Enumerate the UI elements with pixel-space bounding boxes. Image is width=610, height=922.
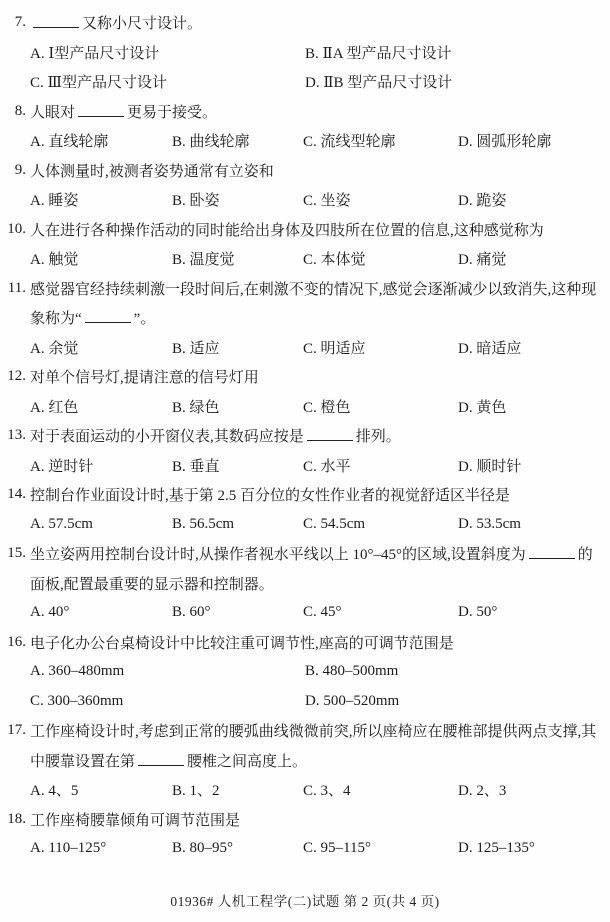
option-letter: B.	[172, 516, 186, 532]
stem-segment: 又称小尺寸设计。	[82, 16, 202, 32]
option-C: C. 54.5cm	[303, 516, 458, 533]
option-text: 1、2	[190, 783, 220, 799]
answer-blank	[529, 544, 575, 560]
option-B: B. 1、2	[172, 779, 303, 800]
question-number: 12.	[0, 368, 30, 385]
question-number: 17.	[0, 722, 30, 739]
option-text: ⅡA 型产品尺寸设计	[323, 46, 452, 62]
answer-blank	[78, 101, 124, 117]
question-number: 7.	[0, 14, 30, 31]
option-letter: D.	[458, 516, 473, 532]
option-letter: A.	[30, 400, 45, 416]
question-18: 18.工作座椅腰靠倾角可调节范围是A. 110–125°B. 80–95°C. …	[0, 805, 610, 864]
stem-segment: 排列。	[356, 429, 401, 445]
option-C: C. 本体觉	[303, 248, 458, 269]
question-stem-line: 18.工作座椅腰靠倾角可调节范围是	[0, 805, 610, 835]
question-stem-text: 中腰靠设置在第腰椎之间高度上。	[30, 750, 307, 771]
question-number: 15.	[0, 545, 30, 562]
option-letter: A.	[30, 46, 45, 62]
answer-blank	[33, 13, 79, 29]
option-C: C. 300–360mm	[30, 693, 305, 710]
question-number: 11.	[0, 280, 30, 297]
option-A: A. 余觉	[30, 337, 172, 358]
question-number: 16.	[0, 634, 30, 651]
option-letter: A.	[30, 604, 45, 620]
options-row: C. Ⅲ型产品尺寸设计D. ⅡB 型产品尺寸设计	[0, 67, 610, 97]
option-text: 80–95°	[190, 840, 234, 856]
option-text: 红色	[48, 400, 78, 416]
question-stem-text: 人体测量时,被测者姿势通常有立姿和	[30, 160, 274, 181]
option-B: B. 曲线轮廓	[172, 130, 303, 151]
option-text: 4、5	[48, 783, 78, 799]
option-B: B. 温度觉	[172, 248, 303, 269]
option-letter: D.	[458, 252, 473, 268]
option-letter: B.	[305, 663, 319, 679]
options-row: A. 110–125°B. 80–95°C. 95–115°D. 125–135…	[0, 834, 610, 864]
option-A: A. 110–125°	[30, 840, 172, 857]
question-stem-text: 工作座椅设计时,考虑到正常的腰弧曲线微微前突,所以座椅应在腰椎部提供两点支撑,其	[30, 720, 596, 741]
question-12: 12.对单个信号灯,提请注意的信号灯用A. 红色B. 绿色C. 橙色D. 黄色	[0, 362, 610, 421]
page-footer: 01936# 人机工程学(二)试题 第 2 页(共 4 页)	[0, 890, 610, 910]
answer-blank	[307, 426, 353, 442]
option-letter: B.	[172, 341, 186, 357]
option-text: 温度觉	[190, 252, 235, 268]
question-number: 18.	[0, 811, 30, 828]
question-stem-line: 中腰靠设置在第腰椎之间高度上。	[0, 746, 610, 776]
question-8: 8.人眼对更易于接受。A. 直线轮廓B. 曲线轮廓C. 流线型轮廓D. 圆弧形轮…	[0, 97, 610, 156]
question-stem-line: 象称为“”。	[0, 303, 610, 333]
option-text: 125–135°	[476, 840, 535, 856]
option-letter: A.	[30, 193, 45, 209]
option-text: 45°	[321, 604, 342, 620]
option-C: C. 橙色	[303, 396, 458, 417]
option-text: 顺时针	[476, 459, 521, 475]
stem-segment: 的	[578, 547, 593, 563]
options-row: A. 40°B. 60°C. 45°D. 50°	[0, 598, 610, 628]
question-9: 9.人体测量时,被测者姿势通常有立姿和A. 睡姿B. 卧姿C. 坐姿D. 跪姿	[0, 156, 610, 215]
option-text: 57.5cm	[48, 516, 93, 532]
options-row: A. 直线轮廓B. 曲线轮廓C. 流线型轮廓D. 圆弧形轮廓	[0, 126, 610, 156]
question-number: 9.	[0, 162, 30, 179]
option-B: B. 60°	[172, 604, 303, 621]
option-letter: B.	[172, 459, 186, 475]
option-B: B. 56.5cm	[172, 516, 303, 533]
option-text: 2、3	[476, 783, 506, 799]
option-text: ⅡB 型产品尺寸设计	[323, 75, 452, 91]
option-letter: B.	[172, 252, 186, 268]
option-A: A. 逆时针	[30, 455, 172, 476]
option-text: 300–360mm	[48, 693, 124, 709]
option-letter: C.	[303, 400, 317, 416]
option-C: C. 3、4	[303, 779, 458, 800]
option-D: D. 痛觉	[458, 248, 610, 269]
option-letter: A.	[30, 516, 45, 532]
option-letter: B.	[172, 783, 186, 799]
option-C: C. 95–115°	[303, 840, 458, 857]
question-stem-text: 对单个信号灯,提请注意的信号灯用	[30, 366, 259, 387]
question-stem-text: 工作座椅腰靠倾角可调节范围是	[30, 809, 240, 830]
option-letter: A.	[30, 252, 45, 268]
option-B: B. 绿色	[172, 396, 303, 417]
question-number: 14.	[0, 486, 30, 503]
option-text: 睡姿	[48, 193, 78, 209]
option-letter: D.	[305, 693, 320, 709]
option-letter: B.	[172, 134, 186, 150]
question-10: 10.人在进行各种操作活动的同时能给出身体及四肢所在位置的信息,这种感觉称为A.…	[0, 215, 610, 274]
question-stem-text: 坐立姿两用控制台设计时,从操作者视水平线以上 10°–45°的区域,设置斜度为的	[30, 543, 593, 564]
answer-blank	[138, 750, 184, 766]
question-stem-text: 感觉器官经持续刺激一段时间后,在刺激不变的情况下,感觉会逐渐减少以致消失,这种现	[30, 278, 596, 299]
option-text: 本体觉	[321, 252, 366, 268]
option-B: B. 80–95°	[172, 840, 303, 857]
option-D: D. 500–520mm	[305, 693, 580, 710]
stem-segment: 人眼对	[30, 105, 75, 121]
options-row: A. 睡姿B. 卧姿C. 坐姿D. 跪姿	[0, 185, 610, 215]
question-number: 13.	[0, 427, 30, 444]
option-text: 50°	[476, 604, 497, 620]
option-B: B. 480–500mm	[305, 663, 580, 680]
option-letter: D.	[458, 459, 473, 475]
options-row: A. 57.5cmB. 56.5cmC. 54.5cmD. 53.5cm	[0, 510, 610, 540]
question-15: 15.坐立姿两用控制台设计时,从操作者视水平线以上 10°–45°的区域,设置斜…	[0, 539, 610, 628]
option-letter: C.	[303, 604, 317, 620]
option-text: 痛觉	[476, 252, 506, 268]
question-stem-line: 13.对于表面运动的小开窗仪表,其数码应按是排列。	[0, 421, 610, 451]
option-letter: C.	[30, 75, 44, 91]
options-row: A. 360–480mmB. 480–500mm	[0, 657, 610, 687]
question-stem-text: 对于表面运动的小开窗仪表,其数码应按是排列。	[30, 425, 401, 446]
question-stem-text: 电子化办公台桌椅设计中比较注重可调节性,座高的可调节范围是	[30, 632, 454, 653]
option-letter: B.	[172, 400, 186, 416]
option-D: D. 圆弧形轮廓	[458, 130, 610, 151]
option-letter: A.	[30, 459, 45, 475]
option-letter: A.	[30, 840, 45, 856]
option-text: 95–115°	[321, 840, 371, 856]
option-text: 跪姿	[476, 193, 506, 209]
question-stem-line: 15.坐立姿两用控制台设计时,从操作者视水平线以上 10°–45°的区域,设置斜…	[0, 539, 610, 569]
option-text: 54.5cm	[321, 516, 366, 532]
question-stem-text: 控制台作业面设计时,基于第 2.5 百分位的女性作业者的视觉舒适区半径是	[30, 484, 510, 505]
option-letter: C.	[303, 783, 317, 799]
question-number: 10.	[0, 221, 30, 238]
question-16: 16.电子化办公台桌椅设计中比较注重可调节性,座高的可调节范围是A. 360–4…	[0, 628, 610, 717]
option-text: 适应	[190, 341, 220, 357]
option-text: 500–520mm	[323, 693, 399, 709]
question-stem-line: 面板,配置最重要的显示器和控制器。	[0, 569, 610, 599]
option-letter: A.	[30, 134, 45, 150]
option-A: A. 4、5	[30, 779, 172, 800]
option-D: D. 2、3	[458, 779, 610, 800]
option-text: 垂直	[190, 459, 220, 475]
question-stem-line: 7.又称小尺寸设计。	[0, 8, 610, 38]
option-text: 暗适应	[476, 341, 521, 357]
option-letter: B.	[305, 46, 319, 62]
option-B: B. 卧姿	[172, 189, 303, 210]
option-letter: D.	[458, 604, 473, 620]
stem-segment: 对于表面运动的小开窗仪表,其数码应按是	[30, 429, 304, 445]
option-text: 坐姿	[321, 193, 351, 209]
option-text: 60°	[190, 604, 211, 620]
option-letter: C.	[303, 459, 317, 475]
stem-segment: 坐立姿两用控制台设计时,从操作者视水平线以上 10°–45°的区域,设置斜度为	[30, 547, 526, 563]
option-B: B. ⅡA 型产品尺寸设计	[305, 42, 580, 63]
option-letter: C.	[303, 252, 317, 268]
option-C: C. 坐姿	[303, 189, 458, 210]
option-letter: D.	[458, 341, 473, 357]
options-row: A. Ⅰ型产品尺寸设计B. ⅡA 型产品尺寸设计	[0, 38, 610, 68]
option-text: 黄色	[476, 400, 506, 416]
option-letter: A.	[30, 783, 45, 799]
option-D: D. 125–135°	[458, 840, 610, 857]
option-text: 曲线轮廓	[190, 134, 250, 150]
option-A: A. Ⅰ型产品尺寸设计	[30, 42, 305, 63]
question-stem-line: 9.人体测量时,被测者姿势通常有立姿和	[0, 156, 610, 186]
question-stem-line: 16.电子化办公台桌椅设计中比较注重可调节性,座高的可调节范围是	[0, 628, 610, 658]
question-stem-text: 人眼对更易于接受。	[30, 101, 217, 122]
option-D: D. ⅡB 型产品尺寸设计	[305, 71, 580, 92]
question-17: 17.工作座椅设计时,考虑到正常的腰弧曲线微微前突,所以座椅应在腰椎部提供两点支…	[0, 716, 610, 805]
option-B: B. 适应	[172, 337, 303, 358]
option-letter: C.	[303, 341, 317, 357]
option-text: 卧姿	[190, 193, 220, 209]
option-letter: C.	[303, 134, 317, 150]
question-stem-text: 人在进行各种操作活动的同时能给出身体及四肢所在位置的信息,这种感觉称为	[30, 219, 544, 240]
option-letter: B.	[172, 193, 186, 209]
stem-segment: 中腰靠设置在第	[30, 754, 135, 770]
question-number: 8.	[0, 103, 30, 120]
option-text: 56.5cm	[190, 516, 235, 532]
option-text: 53.5cm	[476, 516, 521, 532]
option-text: 360–480mm	[48, 663, 124, 679]
option-C: C. Ⅲ型产品尺寸设计	[30, 71, 305, 92]
option-text: 流线型轮廓	[321, 134, 396, 150]
option-letter: A.	[30, 341, 45, 357]
option-letter: D.	[458, 134, 473, 150]
question-stem-line: 17.工作座椅设计时,考虑到正常的腰弧曲线微微前突,所以座椅应在腰椎部提供两点支…	[0, 716, 610, 746]
option-A: A. 40°	[30, 604, 172, 621]
option-text: 水平	[321, 459, 351, 475]
question-list: 7.又称小尺寸设计。A. Ⅰ型产品尺寸设计B. ⅡA 型产品尺寸设计C. Ⅲ型产…	[0, 8, 610, 864]
option-text: 40°	[48, 604, 69, 620]
option-A: A. 触觉	[30, 248, 172, 269]
option-text: 110–125°	[48, 840, 106, 856]
option-text: 直线轮廓	[48, 134, 108, 150]
question-7: 7.又称小尺寸设计。A. Ⅰ型产品尺寸设计B. ⅡA 型产品尺寸设计C. Ⅲ型产…	[0, 8, 610, 97]
question-stem-line: 14.控制台作业面设计时,基于第 2.5 百分位的女性作业者的视觉舒适区半径是	[0, 480, 610, 510]
option-text: 3、4	[321, 783, 351, 799]
option-text: Ⅰ型产品尺寸设计	[48, 46, 159, 62]
option-letter: C.	[303, 840, 317, 856]
option-D: D. 50°	[458, 604, 610, 621]
option-C: C. 明适应	[303, 337, 458, 358]
question-stem-line: 11.感觉器官经持续刺激一段时间后,在刺激不变的情况下,感觉会逐渐减少以致消失,…	[0, 274, 610, 304]
question-stem-text: 象称为“”。	[30, 307, 155, 328]
question-13: 13.对于表面运动的小开窗仪表,其数码应按是排列。A. 逆时针B. 垂直C. 水…	[0, 421, 610, 480]
question-stem-line: 8.人眼对更易于接受。	[0, 97, 610, 127]
option-D: D. 黄色	[458, 396, 610, 417]
option-letter: A.	[30, 663, 45, 679]
question-stem-line: 10.人在进行各种操作活动的同时能给出身体及四肢所在位置的信息,这种感觉称为	[0, 215, 610, 245]
option-A: A. 直线轮廓	[30, 130, 172, 151]
option-A: A. 红色	[30, 396, 172, 417]
options-row: A. 触觉B. 温度觉C. 本体觉D. 痛觉	[0, 244, 610, 274]
stem-segment: 更易于接受。	[127, 105, 217, 121]
option-letter: B.	[172, 604, 186, 620]
option-C: C. 流线型轮廓	[303, 130, 458, 151]
stem-segment: ”。	[134, 311, 156, 327]
options-row: A. 逆时针B. 垂直C. 水平D. 顺时针	[0, 451, 610, 481]
options-row: A. 4、5B. 1、2C. 3、4D. 2、3	[0, 775, 610, 805]
option-D: D. 暗适应	[458, 337, 610, 358]
option-letter: D.	[458, 400, 473, 416]
option-letter: D.	[305, 75, 320, 91]
option-text: 橙色	[321, 400, 351, 416]
option-letter: D.	[458, 193, 473, 209]
exam-page: 7.又称小尺寸设计。A. Ⅰ型产品尺寸设计B. ⅡA 型产品尺寸设计C. Ⅲ型产…	[0, 0, 610, 922]
question-14: 14.控制台作业面设计时,基于第 2.5 百分位的女性作业者的视觉舒适区半径是A…	[0, 480, 610, 539]
option-letter: B.	[172, 840, 186, 856]
question-stem-text: 又称小尺寸设计。	[30, 12, 202, 33]
option-letter: C.	[30, 693, 44, 709]
option-A: A. 57.5cm	[30, 516, 172, 533]
option-text: 余觉	[48, 341, 78, 357]
option-letter: D.	[458, 783, 473, 799]
option-B: B. 垂直	[172, 455, 303, 476]
question-stem-text: 面板,配置最重要的显示器和控制器。	[30, 573, 274, 594]
stem-segment: 腰椎之间高度上。	[187, 754, 307, 770]
option-text: 绿色	[190, 400, 220, 416]
option-A: A. 360–480mm	[30, 663, 305, 680]
option-letter: C.	[303, 516, 317, 532]
option-D: D. 顺时针	[458, 455, 610, 476]
option-letter: C.	[303, 193, 317, 209]
option-letter: D.	[458, 840, 473, 856]
option-text: 触觉	[48, 252, 78, 268]
option-text: 480–500mm	[323, 663, 399, 679]
options-row: A. 红色B. 绿色C. 橙色D. 黄色	[0, 392, 610, 422]
option-C: C. 45°	[303, 604, 458, 621]
stem-segment: 象称为“	[30, 311, 82, 327]
option-A: A. 睡姿	[30, 189, 172, 210]
option-D: D. 53.5cm	[458, 516, 610, 533]
options-row: C. 300–360mmD. 500–520mm	[0, 687, 610, 717]
option-text: 圆弧形轮廓	[476, 134, 551, 150]
option-text: 明适应	[321, 341, 366, 357]
option-C: C. 水平	[303, 455, 458, 476]
option-D: D. 跪姿	[458, 189, 610, 210]
option-text: 逆时针	[48, 459, 93, 475]
option-text: Ⅲ型产品尺寸设计	[48, 75, 167, 91]
question-stem-line: 12.对单个信号灯,提请注意的信号灯用	[0, 362, 610, 392]
answer-blank	[85, 308, 131, 324]
options-row: A. 余觉B. 适应C. 明适应D. 暗适应	[0, 333, 610, 363]
question-11: 11.感觉器官经持续刺激一段时间后,在刺激不变的情况下,感觉会逐渐减少以致消失,…	[0, 274, 610, 363]
